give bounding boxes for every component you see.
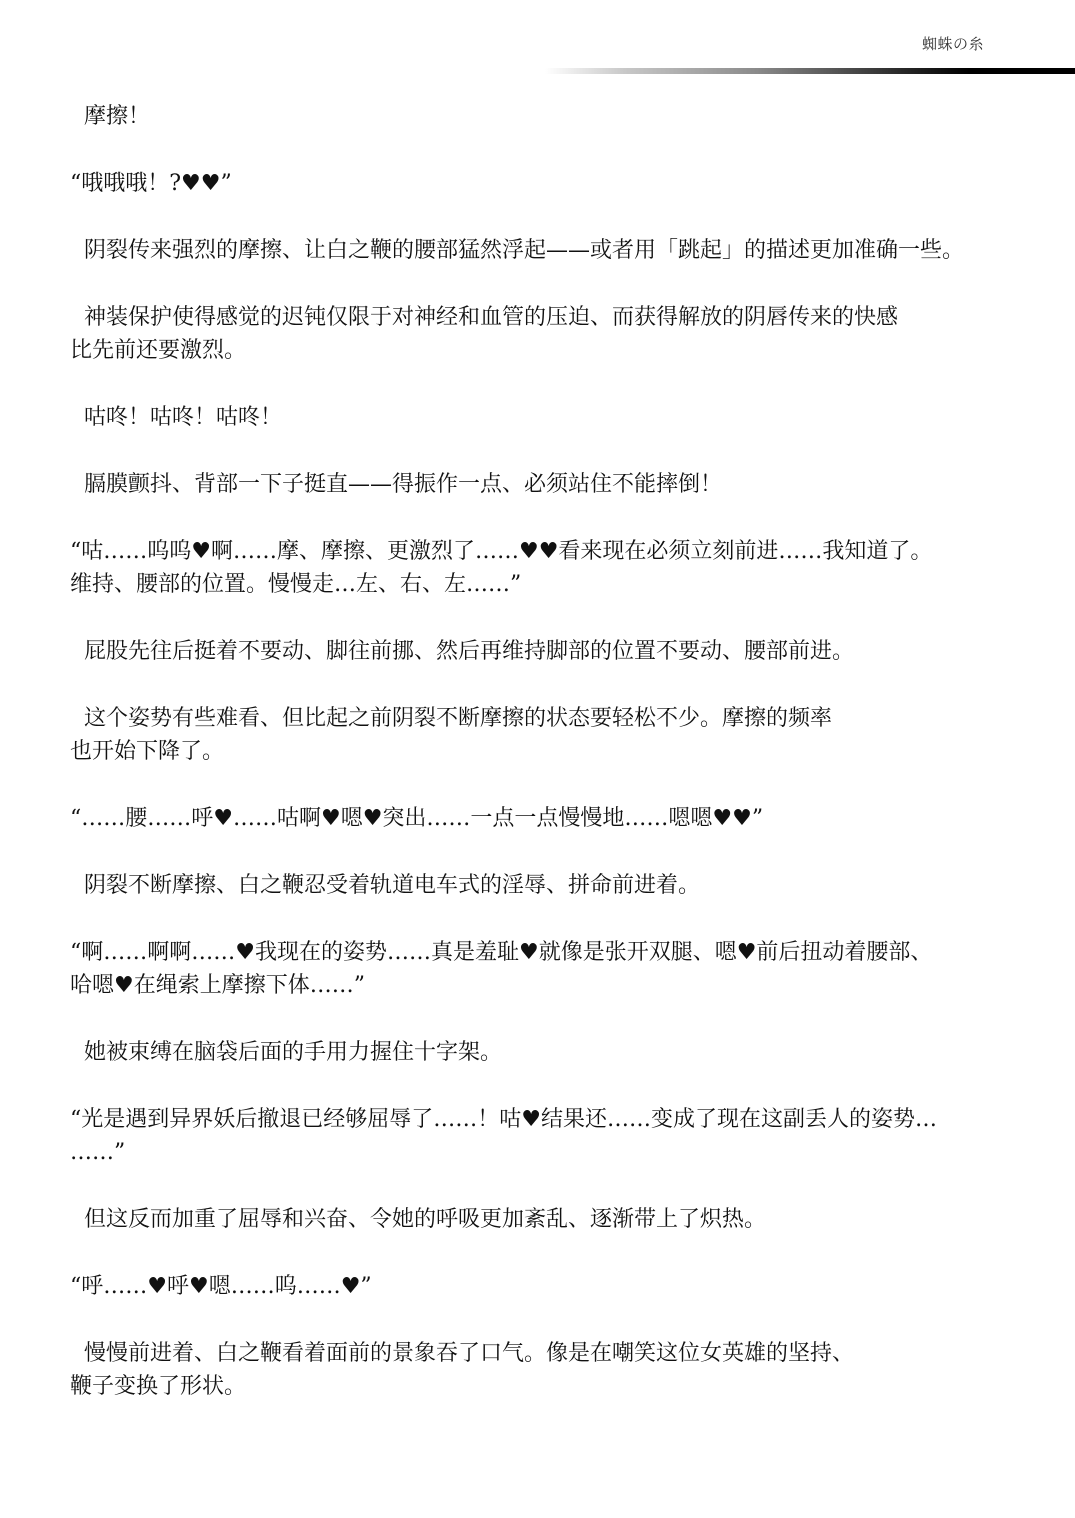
text-line: “啊……啊啊……♥我现在的姿势……真是羞耻♥就像是张开双腿、嗯♥前后扭动着腰部、	[70, 936, 1070, 969]
text-line: 膈膜颤抖、背部一下子挺直——得振作一点、必须站住不能摔倒！	[70, 468, 1070, 501]
text-line: 但这反而加重了屈辱和兴奋、令她的呼吸更加紊乱、逐渐带上了炽热。	[70, 1203, 1070, 1236]
text-line: 摩擦！	[70, 100, 1070, 133]
paragraph: “……腰……呼♥……咕啊♥嗯♥突出……一点一点慢慢地……嗯嗯♥♥”	[70, 802, 1070, 835]
text-line: 慢慢前进着、白之鞭看着面前的景象吞了口气。像是在嘲笑这位女英雄的坚持、	[70, 1337, 1070, 1370]
text-line: “……腰……呼♥……咕啊♥嗯♥突出……一点一点慢慢地……嗯嗯♥♥”	[70, 802, 1070, 835]
paragraph: “啊……啊啊……♥我现在的姿势……真是羞耻♥就像是张开双腿、嗯♥前后扭动着腰部、…	[70, 936, 1070, 1002]
text-line: “光是遇到异界妖后撤退已经够屈辱了……！咕♥结果还……变成了现在这副丢人的姿势…	[70, 1103, 1070, 1136]
paragraph: 这个姿势有些难看、但比起之前阴裂不断摩擦的状态要轻松不少。摩擦的频率也开始下降了…	[70, 702, 1070, 768]
text-line: 也开始下降了。	[70, 735, 1070, 768]
paragraph: 摩擦！	[70, 100, 1070, 133]
paragraph: 她被束缚在脑袋后面的手用力握住十字架。	[70, 1036, 1070, 1069]
text-line: 阴裂不断摩擦、白之鞭忍受着轨道电车式的淫辱、拼命前进着。	[70, 869, 1070, 902]
text-line: “呼……♥呼♥嗯……呜……♥”	[70, 1270, 1070, 1303]
text-line: 鞭子变换了形状。	[70, 1370, 1070, 1403]
paragraph: 慢慢前进着、白之鞭看着面前的景象吞了口气。像是在嘲笑这位女英雄的坚持、鞭子变换了…	[70, 1337, 1070, 1403]
paragraph: “光是遇到异界妖后撤退已经够屈辱了……！咕♥结果还……变成了现在这副丢人的姿势……	[70, 1103, 1070, 1169]
text-line: “咕……呜呜♥啊……摩、摩擦、更激烈了……♥♥看来现在必须立刻前进……我知道了。	[70, 535, 1070, 568]
paragraph: “咕……呜呜♥啊……摩、摩擦、更激烈了……♥♥看来现在必须立刻前进……我知道了。…	[70, 535, 1070, 601]
text-line: 哈嗯♥在绳索上摩擦下体……”	[70, 969, 1070, 1002]
header-gradient-rule	[545, 68, 1075, 74]
paragraph: 膈膜颤抖、背部一下子挺直——得振作一点、必须站住不能摔倒！	[70, 468, 1070, 501]
paragraph: 屁股先往后挺着不要动、脚往前挪、然后再维持脚部的位置不要动、腰部前进。	[70, 635, 1070, 668]
text-line: 屁股先往后挺着不要动、脚往前挪、然后再维持脚部的位置不要动、腰部前进。	[70, 635, 1070, 668]
paragraph: 阴裂不断摩擦、白之鞭忍受着轨道电车式的淫辱、拼命前进着。	[70, 869, 1070, 902]
text-line: 比先前还要激烈。	[70, 334, 1070, 367]
text-line: ……”	[70, 1136, 1070, 1169]
text-line: 她被束缚在脑袋后面的手用力握住十字架。	[70, 1036, 1070, 1069]
text-line: 维持、腰部的位置。慢慢走…左、右、左……”	[70, 568, 1070, 601]
paragraph: “哦哦哦！?♥♥”	[70, 167, 1070, 200]
paragraph: “呼……♥呼♥嗯……呜……♥”	[70, 1270, 1070, 1303]
paragraph: 神装保护使得感觉的迟钝仅限于对神经和血管的压迫、而获得解放的阴唇传来的快感比先前…	[70, 301, 1070, 367]
paragraph: 咕咚！咕咚！咕咚！	[70, 401, 1070, 434]
text-line: “哦哦哦！?♥♥”	[70, 167, 1070, 200]
text-line: 这个姿势有些难看、但比起之前阴裂不断摩擦的状态要轻松不少。摩擦的频率	[70, 702, 1070, 735]
text-line: 咕咚！咕咚！咕咚！	[70, 401, 1070, 434]
paragraph: 阴裂传来强烈的摩擦、让白之鞭的腰部猛然浮起——或者用「跳起」的描述更加准确一些。	[70, 234, 1070, 267]
book-title: 蜘蛛の糸	[922, 33, 984, 54]
text-line: 神装保护使得感觉的迟钝仅限于对神经和血管的压迫、而获得解放的阴唇传来的快感	[70, 301, 1070, 334]
text-line: 阴裂传来强烈的摩擦、让白之鞭的腰部猛然浮起——或者用「跳起」的描述更加准确一些。	[70, 234, 1070, 267]
paragraph: 但这反而加重了屈辱和兴奋、令她的呼吸更加紊乱、逐渐带上了炽热。	[70, 1203, 1070, 1236]
